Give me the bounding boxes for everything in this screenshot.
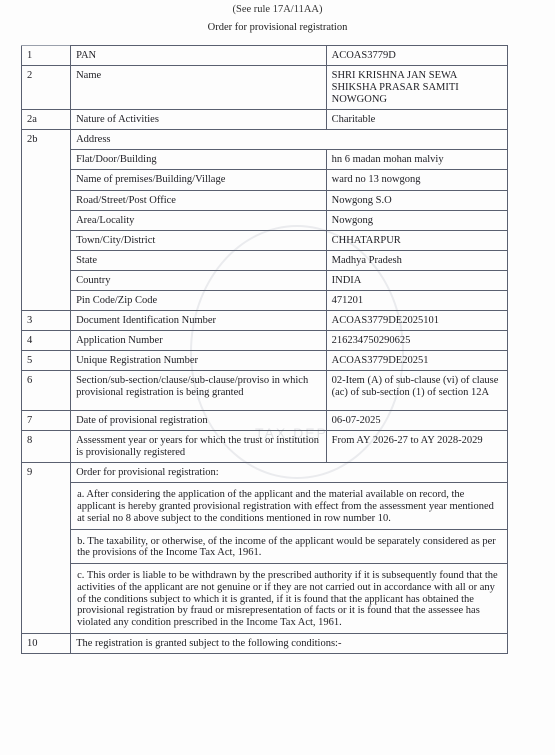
row-label: Unique Registration Number [71,351,327,371]
row-label: Document Identification Number [71,310,327,330]
town-value: CHHATARPUR [326,230,507,250]
document-title: Order for provisional registration [0,22,555,33]
urn-value: ACOAS3779DE20251 [326,351,507,371]
table-row-date: 7 Date of provisional registration 06-07… [22,411,508,431]
row-label: Date of provisional registration [71,411,327,431]
row-label: State [71,250,327,270]
date-value: 06-07-2025 [326,411,507,431]
row-label: Pin Code/Zip Code [71,290,327,310]
table-row-order: 9 Order for provisional registration: [22,463,508,483]
row-number: 5 [22,351,71,371]
table-row-order-c: c. This order is liable to be withdrawn … [22,564,508,634]
order-clause-c: c. This order is liable to be withdrawn … [71,564,508,634]
table-row-town: Town/City/District CHHATARPUR [22,230,508,250]
table-row-assessment-years: 8 Assessment year or years for which the… [22,431,508,463]
table-row-pin: Pin Code/Zip Code 471201 [22,290,508,310]
area-value: Nowgong [326,210,507,230]
nature-value: Charitable [326,110,507,130]
row-label: Country [71,270,327,290]
table-row-area: Area/Locality Nowgong [22,210,508,230]
row-number: 7 [22,411,71,431]
name-value: SHRI KRISHNA JAN SEWA SHIKSHA PRASAR SAM… [326,66,507,110]
row-number: 9 [22,463,71,634]
table-row-order-b: b. The taxability, or otherwise, of the … [22,529,508,564]
row-label: Area/Locality [71,210,327,230]
table-row-name: 2 Name SHRI KRISHNA JAN SEWA SHIKSHA PRA… [22,66,508,110]
row-label: Address [71,130,508,150]
table-row-country: Country INDIA [22,270,508,290]
row-label: Order for provisional registration: [71,463,508,483]
row-label: Nature of Activities [71,110,327,130]
order-clause-b: b. The taxability, or otherwise, of the … [71,529,508,564]
registration-table: 1 PAN ACOAS3779D 2 Name SHRI KRISHNA JAN… [21,45,508,654]
table-row-conditions: 10 The registration is granted subject t… [22,633,508,653]
order-clause-a: a. After considering the application of … [71,483,508,529]
row-label: PAN [71,46,327,66]
application-value: 216234750290625 [326,330,507,350]
row-number: 2 [22,66,71,110]
table-row-order-a: a. After considering the application of … [22,483,508,529]
rule-reference: (See rule 17A/11AA) [0,4,555,15]
table-row-nature: 2a Nature of Activities Charitable [22,110,508,130]
section-value: 02-Item (A) of sub-clause (vi) of clause… [326,371,507,411]
row-number: 4 [22,330,71,350]
table-row-section: 6 Section/sub-section/clause/sub-clause/… [22,371,508,411]
row-label: Name of premises/Building/Village [71,170,327,190]
row-label: Section/sub-section/clause/sub-clause/pr… [71,371,327,411]
row-label: Name [71,66,327,110]
table-row-state: State Madhya Pradesh [22,250,508,270]
table-row-premises: Name of premises/Building/Village ward n… [22,170,508,190]
table-row-flat: Flat/Door/Building hn 6 madan mohan malv… [22,150,508,170]
table-row-pan: 1 PAN ACOAS3779D [22,46,508,66]
pin-value: 471201 [326,290,507,310]
premises-value: ward no 13 nowgong [326,170,507,190]
row-number: 10 [22,633,71,653]
table-row-urn: 5 Unique Registration Number ACOAS3779DE… [22,351,508,371]
country-value: INDIA [326,270,507,290]
road-value: Nowgong S.O [326,190,507,210]
row-number: 3 [22,310,71,330]
row-label: Assessment year or years for which the t… [71,431,327,463]
row-number: 8 [22,431,71,463]
flat-value: hn 6 madan mohan malviy [326,150,507,170]
assessment-years-value: From AY 2026-27 to AY 2028-2029 [326,431,507,463]
row-label: Application Number [71,330,327,350]
row-label: Flat/Door/Building [71,150,327,170]
table-row-road: Road/Street/Post Office Nowgong S.O [22,190,508,210]
table-row-din: 3 Document Identification Number ACOAS37… [22,310,508,330]
pan-value: ACOAS3779D [326,46,507,66]
row-number: 2b [22,130,71,311]
table-row-address: 2b Address [22,130,508,150]
row-number: 6 [22,371,71,411]
row-number: 2a [22,110,71,130]
row-number: 1 [22,46,71,66]
row-label: Road/Street/Post Office [71,190,327,210]
row-label: The registration is granted subject to t… [71,633,508,653]
din-value: ACOAS3779DE2025101 [326,310,507,330]
table-row-application: 4 Application Number 216234750290625 [22,330,508,350]
state-value: Madhya Pradesh [326,250,507,270]
row-label: Town/City/District [71,230,327,250]
